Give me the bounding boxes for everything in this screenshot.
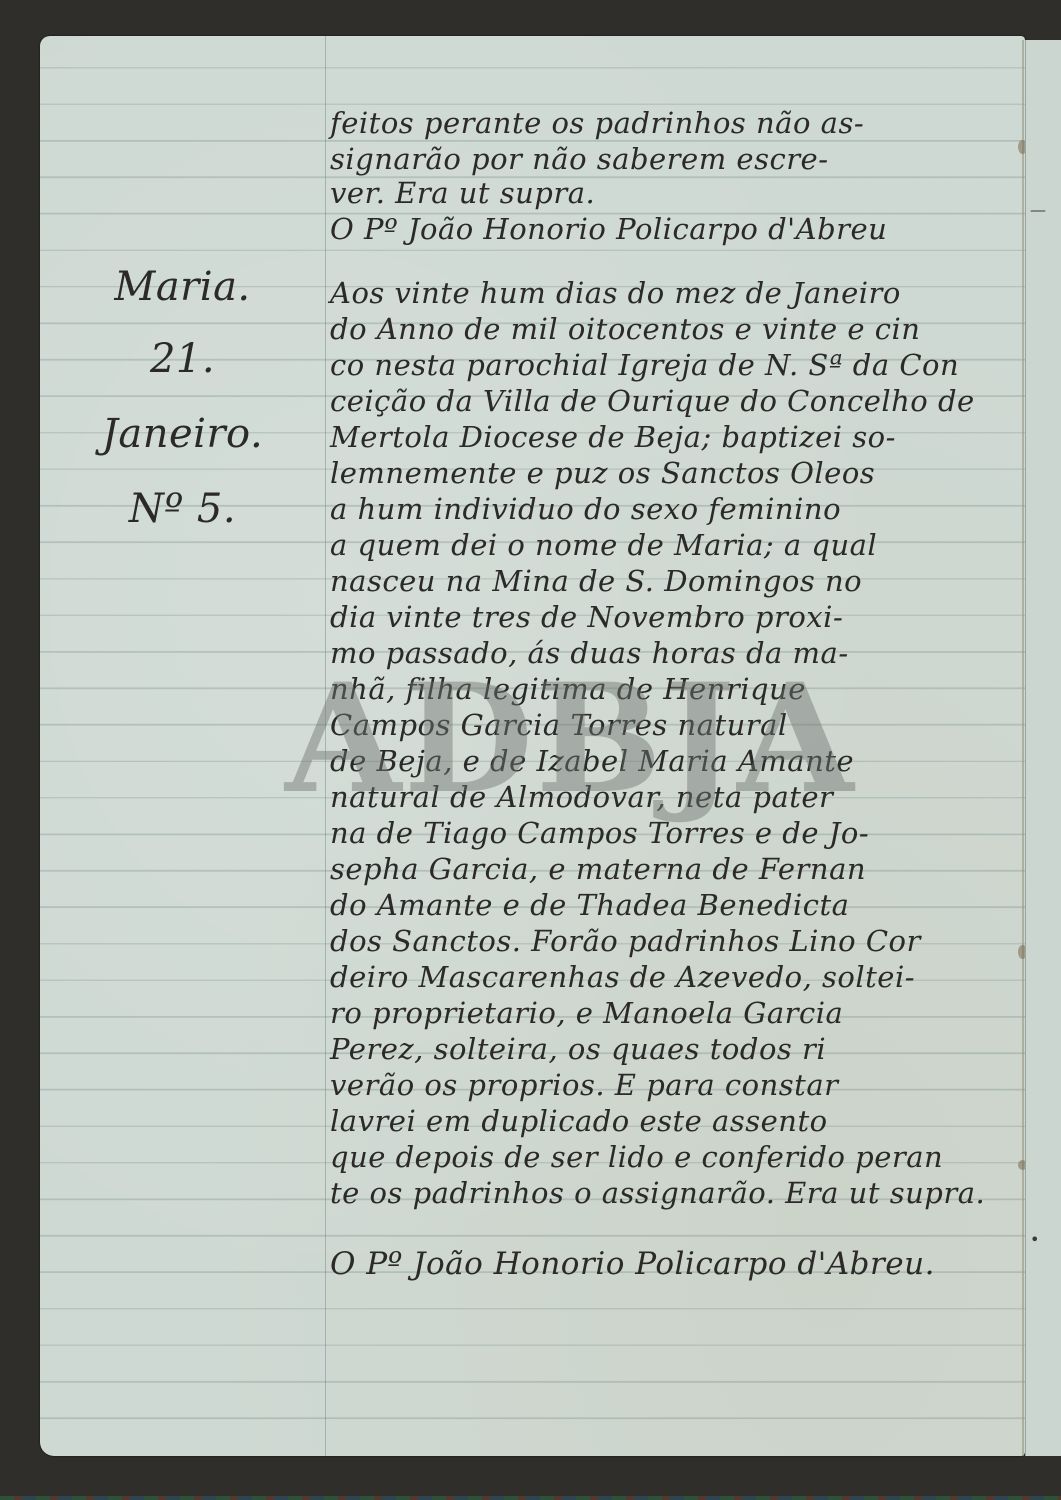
facing-page-fragment: — [1030,200,1046,219]
scan-color-strip [0,1496,1061,1500]
entry-line: a hum individuo do sexo feminino [330,492,841,526]
entry-line: lavrei em duplicado este assento [330,1104,828,1138]
entry-line: lemnemente e puz os Sanctos Oleos [330,456,875,490]
binding-fold [1022,40,1024,1456]
facing-page-edge: — • [1025,40,1061,1456]
entry-line: que depois de ser lido e conferido peran [330,1140,943,1174]
entry-line: do Amante e de Thadea Benedicta [330,888,849,922]
entry-line: te os padrinhos o assignarão. Era ut sup… [330,1176,985,1210]
prev-signature: O Pº João Honorio Policarpo d'Abreu [330,212,887,246]
entry-line: ceição da Villa de Ourique do Concelho d… [330,384,975,418]
facing-page-fragment: • [1030,1230,1039,1249]
entry-line: co nesta parochial Igreja de N. Sª da Co… [330,348,959,382]
entry-line: nhã, filha legitima de Henrique [330,672,806,706]
margin-day: 21. [40,336,325,382]
entry-line: dos Sanctos. Forão padrinhos Lino Cor [330,924,921,958]
margin-month: Janeiro. [40,411,325,457]
entry-line: verão os proprios. E para constar [330,1068,838,1102]
entry-line: do Anno de mil oitocentos e vinte e cin [330,312,920,346]
entry-line: nasceu na Mina de S. Domingos no [330,564,862,598]
entry-line: Aos vinte hum dias do mez de Janeiro [330,276,901,310]
entry-line: dia vinte tres de Novembro proxi- [330,600,843,634]
entry-line: de Beja, e de Izabel Maria Amante [330,744,854,778]
entry-line: Mertola Diocese de Beja; baptizei so- [330,420,896,454]
entry-line: na de Tiago Campos Torres e de Jo- [330,816,869,850]
entry-line: Perez, solteira, os quaes todos ri [330,1032,826,1066]
entry-line: mo passado, ás duas horas da ma- [330,636,849,670]
prev-line: ver. Era ut supra. [330,176,595,210]
entry-line: a quem dei o nome de Maria; a qual [330,528,877,562]
prev-line: feitos perante os padrinhos não as- [330,106,864,140]
entry-line: deiro Mascarenhas de Azevedo, soltei- [330,960,915,994]
prev-line: signarão por não saberem escre- [330,142,829,176]
margin-number: Nº 5. [40,486,325,532]
margin-rule [325,36,326,1456]
entry-line: natural de Almodovar, neta pater [330,780,833,814]
entry-line: ro proprietario, e Manoela Garcia [330,996,843,1030]
entry-line: Campos Garcia Torres natural [330,708,788,742]
entry-line: sepha Garcia, e materna de Fernan [330,852,866,886]
priest-signature: O Pº João Honorio Policarpo d'Abreu. [330,1246,935,1282]
register-page: Maria. 21. Janeiro. Nº 5. feitos perante… [40,36,1025,1456]
margin-name: Maria. [40,264,325,310]
